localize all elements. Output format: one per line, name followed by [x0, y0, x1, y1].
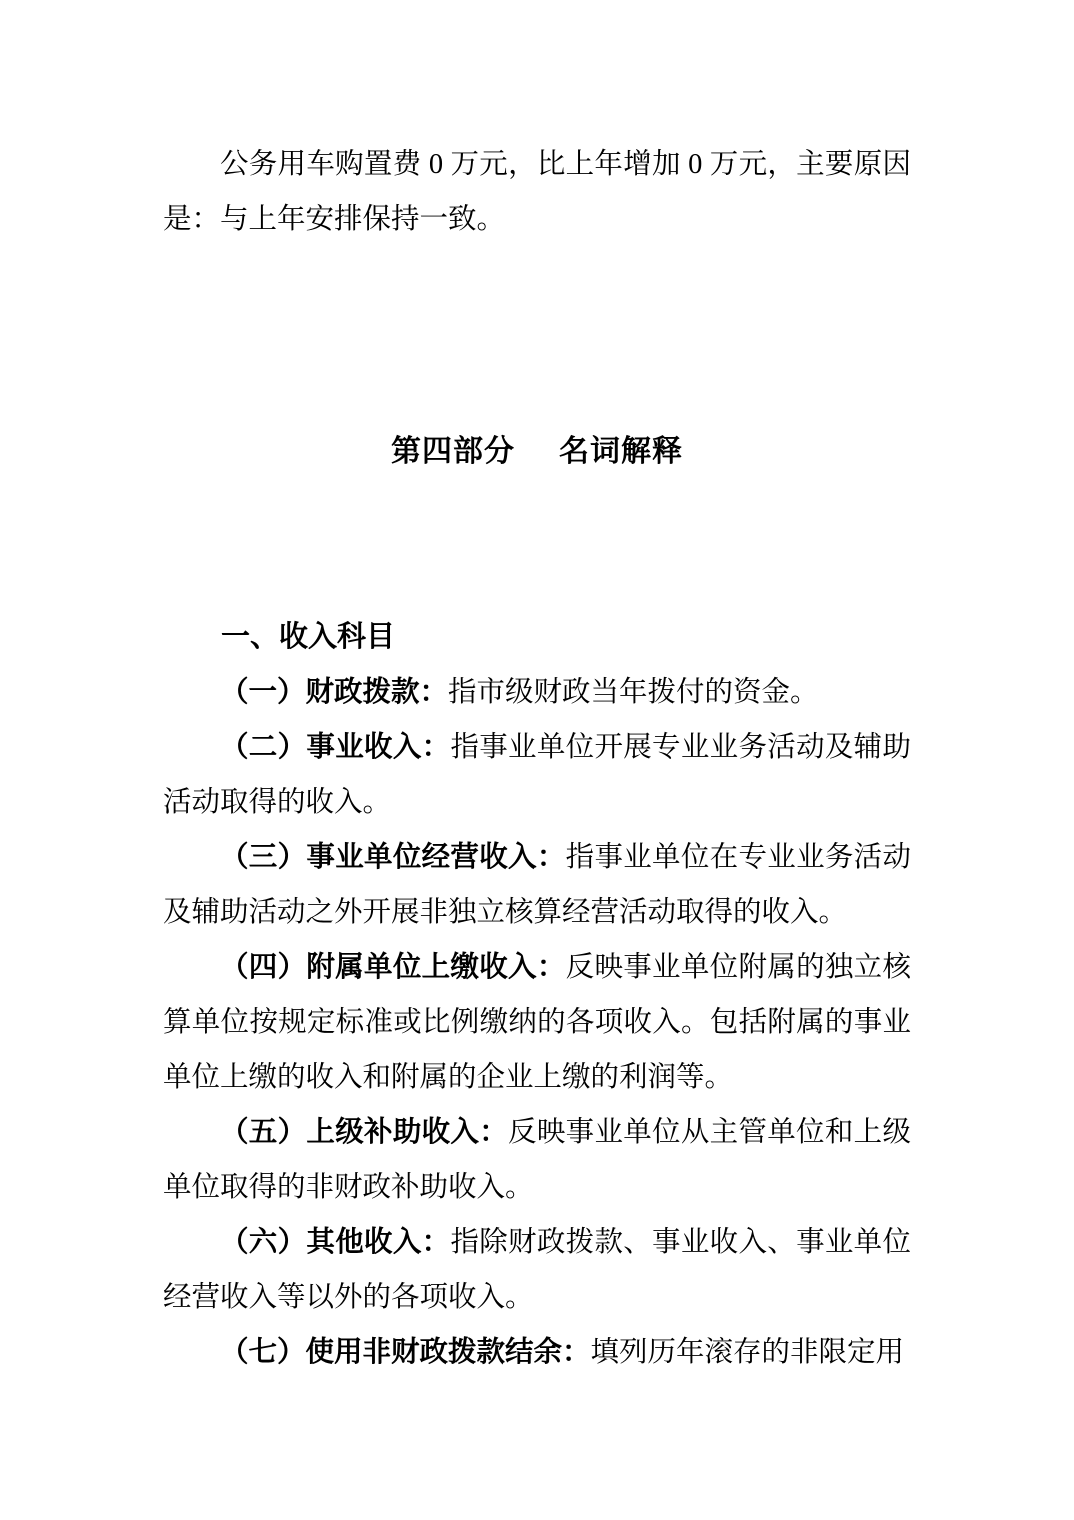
definition-term-3: （三）事业单位经营收入：	[220, 842, 566, 873]
definition-term-4: （四）附属单位上缴收入：	[220, 952, 566, 983]
part-heading: 第四部分名词解释	[163, 424, 911, 479]
definition-term-1: （一）财政拨款：	[220, 677, 448, 708]
definition-item-7: （七）使用非财政拨款结余：填列历年滚存的非限定用	[163, 1325, 911, 1380]
definition-item-4: （四）附属单位上缴收入：反映事业单位附属的独立核算单位按规定标准或比例缴纳的各项…	[163, 940, 911, 1105]
definition-text-7: 填列历年滚存的非限定用	[591, 1337, 905, 1368]
definition-term-2: （二）事业收入：	[220, 732, 450, 763]
definition-item-6: （六）其他收入：指除财政拨款、事业收入、事业单位经营收入等以外的各项收入。	[163, 1215, 911, 1325]
definition-text-1: 指市级财政当年拨付的资金。	[448, 677, 819, 708]
definition-item-5: （五）上级补助收入：反映事业单位从主管单位和上级单位取得的非财政补助收入。	[163, 1105, 911, 1215]
definition-term-7: （七）使用非财政拨款结余：	[220, 1337, 591, 1368]
definition-term-5: （五）上级补助收入：	[220, 1117, 508, 1148]
definition-item-3: （三）事业单位经营收入：指事业单位在专业业务活动及辅助活动之外开展非独立核算经营…	[163, 830, 911, 940]
document-page: 公务用车购置费 0 万元，比上年增加 0 万元，主要原因是：与上年安排保持一致。…	[0, 0, 1074, 1520]
definition-item-2: （二）事业收入：指事业单位开展专业业务活动及辅助活动取得的收入。	[163, 720, 911, 830]
definition-term-6: （六）其他收入：	[220, 1227, 450, 1258]
part-heading-title: 名词解释	[559, 435, 683, 468]
intro-paragraph: 公务用车购置费 0 万元，比上年增加 0 万元，主要原因是：与上年安排保持一致。	[163, 137, 911, 247]
definition-item-1: （一）财政拨款：指市级财政当年拨付的资金。	[163, 665, 911, 720]
part-heading-label: 第四部分	[391, 435, 515, 468]
section-heading-income-subjects: 一、收入科目	[163, 610, 911, 665]
